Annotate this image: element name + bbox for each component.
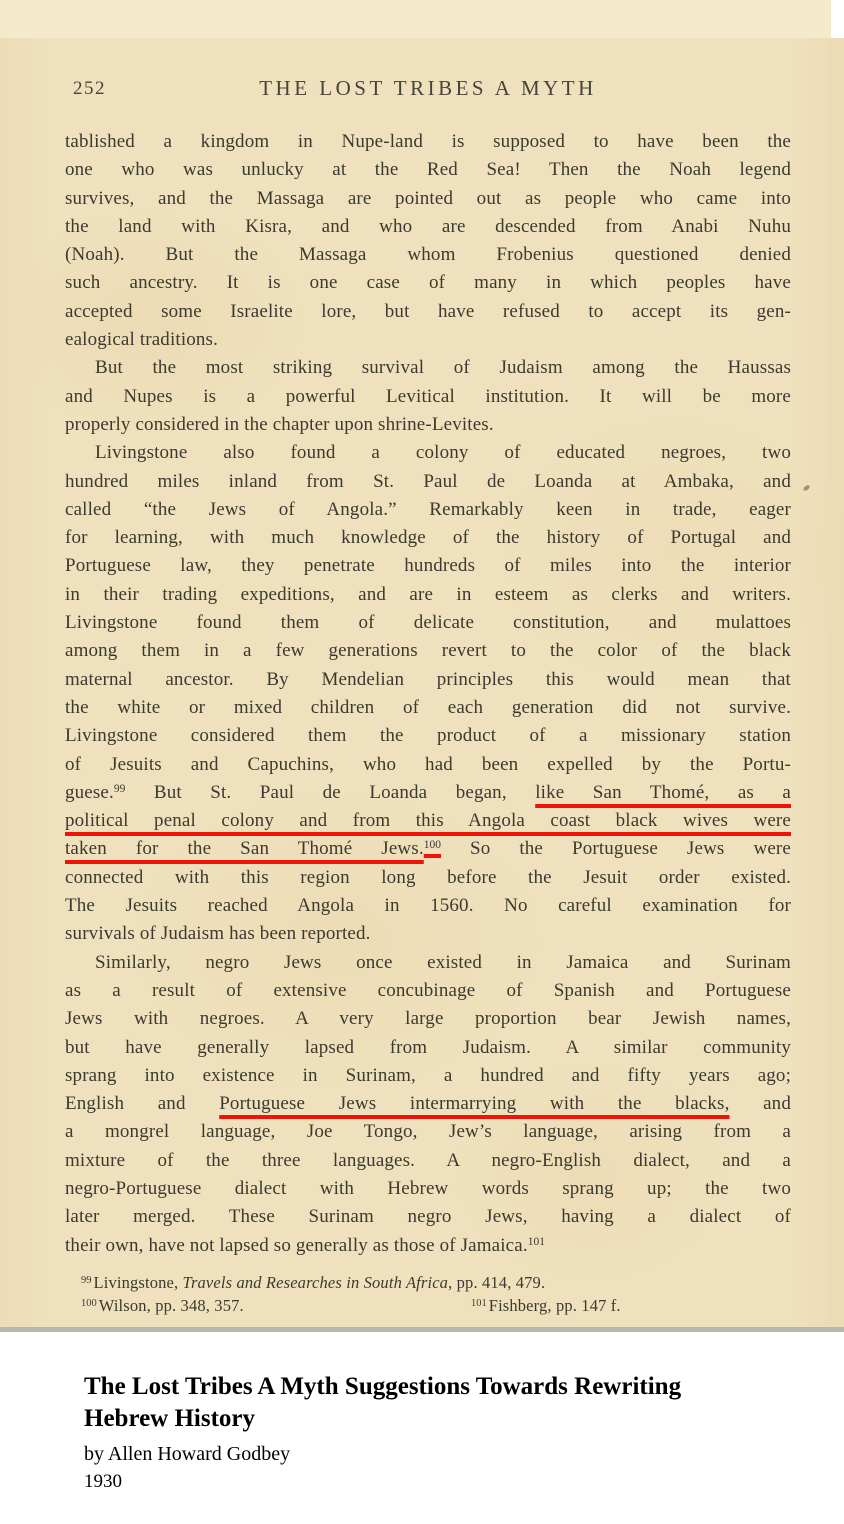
red-underlined-text: Portuguese Jews intermarrying with the b…: [219, 1093, 729, 1114]
text-segment: accepted some Israelite lore, but have r…: [65, 301, 791, 322]
paragraph-3-line-5: Portuguese law, they penetrate hundreds …: [65, 552, 791, 580]
paragraph-4-line-3: Jews with negroes. A very large proporti…: [65, 1005, 791, 1033]
page-header: 252 THE LOST TRIBES A MYTH: [65, 76, 791, 101]
paragraph-1-line-8: ealogical traditions.: [65, 326, 791, 354]
paragraph-4-line-11: their own, have not lapsed so generally …: [65, 1232, 791, 1260]
footnote-text: Wilson, pp. 348, 357.: [99, 1296, 244, 1315]
paragraph-4-line-6: English and Portuguese Jews intermarryin…: [65, 1090, 791, 1118]
text-segment: properly considered in the chapter upon …: [65, 414, 494, 435]
text-segment: sprang into existence in Surinam, a hund…: [65, 1065, 791, 1086]
text-segment: The Jesuits reached Angola in 1560. No c…: [65, 895, 791, 916]
paragraph-1-line-6: such ancestry. It is one case of many in…: [65, 269, 791, 297]
text-segment: later merged. These Surinam negro Jews, …: [65, 1206, 791, 1227]
footnotes: 99Livingstone, Travels and Researches in…: [81, 1271, 791, 1317]
paragraph-2-line-1: But the most striking survival of Judais…: [65, 354, 791, 382]
paragraph-3-line-16: connected with this region long before t…: [65, 864, 791, 892]
paragraph-3-line-9: maternal ancestor. By Mendelian principl…: [65, 666, 791, 694]
scan-speck: [802, 484, 810, 491]
paragraph-3-line-15: taken for the San Thomé Jews.100 So the …: [65, 835, 791, 863]
paragraph-4-line-8: mixture of the three languages. A negro-…: [65, 1147, 791, 1175]
text-segment: their own, have not lapsed so generally …: [65, 1235, 528, 1256]
text-segment: tablished a kingdom in Nupe-land is supp…: [65, 131, 791, 152]
text-segment: and: [730, 1093, 792, 1114]
text-segment: (Noah). But the Massaga whom Frobenius q…: [65, 244, 791, 265]
paragraph-4-line-7: a mongrel language, Joe Tongo, Jew’s lan…: [65, 1118, 791, 1146]
paragraph-1-line-2: one who was unlucky at the Red Sea! Then…: [65, 156, 791, 184]
footnote-marker: 101: [471, 1298, 487, 1309]
footnote-text: Fishberg, pp. 147 f.: [489, 1296, 621, 1315]
book-year: 1930: [84, 1470, 764, 1493]
paragraph-1-line-1: tablished a kingdom in Nupe-land is supp…: [65, 128, 791, 156]
footnote-101: 101Fishberg, pp. 147 f.: [471, 1294, 621, 1317]
text-segment: of Jesuits and Capuchins, who had been e…: [65, 754, 791, 775]
paragraph-3-line-6: in their trading expeditions, and are in…: [65, 581, 791, 609]
paragraph-3-line-4: for learning, with much knowledge of the…: [65, 524, 791, 552]
red-underlined-text: like San Thomé, as a: [535, 782, 791, 803]
paragraph-1-line-7: accepted some Israelite lore, but have r…: [65, 298, 791, 326]
text-segment: as a result of extensive concubinage of …: [65, 980, 791, 1001]
running-title: THE LOST TRIBES A MYTH: [65, 76, 791, 101]
paragraph-1-line-3: survives, and the Massaga are pointed ou…: [65, 185, 791, 213]
paragraph-1-line-4: the land with Kisra, and who are descend…: [65, 213, 791, 241]
paragraph-3-line-8: among them in a few generations revert t…: [65, 637, 791, 665]
text-segment: hundred miles inland from St. Paul de Lo…: [65, 471, 791, 492]
text-segment: connected with this region long before t…: [65, 867, 791, 888]
paragraph-4-line-2: as a result of extensive concubinage of …: [65, 977, 791, 1005]
text-segment: the land with Kisra, and who are descend…: [65, 216, 791, 237]
text-segment: English and: [65, 1093, 219, 1114]
paragraph-3-line-2: hundred miles inland from St. Paul de Lo…: [65, 468, 791, 496]
caption: The Lost Tribes A Myth Suggestions Towar…: [84, 1371, 764, 1493]
footnote-text: , pp. 414, 479.: [448, 1273, 545, 1292]
paragraph-3-line-1: Livingstone also found a colony of educa…: [65, 439, 791, 467]
scan-outer-strip: [0, 0, 831, 38]
paragraph-3-line-3: called “the Jews of Angola.” Remarkably …: [65, 496, 791, 524]
footnote-text: Livingstone,: [94, 1273, 183, 1292]
paragraph-3-line-10: the white or mixed children of each gene…: [65, 694, 791, 722]
paragraph-4-line-5: sprang into existence in Surinam, a hund…: [65, 1062, 791, 1090]
paragraph-4-line-9: negro-Portuguese dialect with Hebrew wor…: [65, 1175, 791, 1203]
paragraph-3-line-13: guese.99 But St. Paul de Loanda began, l…: [65, 779, 791, 807]
text-segment: But St. Paul de Loanda began,: [125, 782, 535, 803]
text-segment: But the most striking survival of Judais…: [95, 357, 791, 378]
paragraph-3-line-14: political penal colony and from this Ang…: [65, 807, 791, 835]
text-segment: but have generally lapsed from Judaism. …: [65, 1037, 791, 1058]
paragraph-3-line-11: Livingstone considered them the product …: [65, 722, 791, 750]
text-segment: survivals of Judaism has been reported.: [65, 923, 371, 944]
book-scan: 252 THE LOST TRIBES A MYTH tablished a k…: [0, 0, 844, 1337]
paragraph-4-line-10: later merged. These Surinam negro Jews, …: [65, 1203, 791, 1231]
text-segment: for learning, with much knowledge of the…: [65, 527, 791, 548]
page-body: tablished a kingdom in Nupe-land is supp…: [65, 128, 791, 1317]
paragraph-2-line-2: and Nupes is a powerful Levitical instit…: [65, 383, 791, 411]
footnote-row-2: 100Wilson, pp. 348, 357. 101Fishberg, pp…: [81, 1294, 791, 1317]
paragraph-3-line-17: The Jesuits reached Angola in 1560. No c…: [65, 892, 791, 920]
paragraph-4-line-4: but have generally lapsed from Judaism. …: [65, 1034, 791, 1062]
text-segment: the white or mixed children of each gene…: [65, 697, 791, 718]
page-number: 252: [73, 78, 106, 100]
text-segment: and Nupes is a powerful Levitical instit…: [65, 386, 791, 407]
paragraph-3-line-18: survivals of Judaism has been reported.: [65, 920, 791, 948]
text-segment: Livingstone also found a colony of educa…: [95, 442, 791, 463]
footnote-book-title: Travels and Researches in South Africa: [183, 1273, 449, 1292]
text-segment: Jews with negroes. A very large proporti…: [65, 1008, 791, 1029]
footnote-marker: 99: [81, 1275, 92, 1286]
text-segment: So the Portuguese Jews were: [441, 838, 791, 859]
text-segment: negro-Portuguese dialect with Hebrew wor…: [65, 1178, 791, 1199]
footnote-99: 99Livingstone, Travels and Researches in…: [81, 1271, 791, 1294]
text-segment: Livingstone found them of delicate const…: [65, 612, 791, 633]
text-segment: Similarly, negro Jews once existed in Ja…: [95, 952, 791, 973]
text-segment: among them in a few generations revert t…: [65, 640, 791, 661]
footnote-100: 100Wilson, pp. 348, 357.: [81, 1296, 244, 1315]
text-segment: called “the Jews of Angola.” Remarkably …: [65, 499, 791, 520]
text-segment: guese.: [65, 782, 114, 803]
text-segment: maternal ancestor. By Mendelian principl…: [65, 669, 791, 690]
footnote-marker: 101: [528, 1236, 545, 1248]
text-segment: ealogical traditions.: [65, 329, 218, 350]
book-title: The Lost Tribes A Myth Suggestions Towar…: [84, 1371, 764, 1435]
text-segment: such ancestry. It is one case of many in…: [65, 272, 791, 293]
paragraph-2-line-3: properly considered in the chapter upon …: [65, 411, 791, 439]
text-segment: Livingstone considered them the product …: [65, 725, 791, 746]
red-underlined-text: political penal colony and from this Ang…: [65, 810, 791, 831]
footnote-marker: 100: [81, 1298, 97, 1309]
text-segment: one who was unlucky at the Red Sea! Then…: [65, 159, 791, 180]
book-author: by Allen Howard Godbey: [84, 1442, 764, 1466]
red-underlined-text: 100: [424, 839, 441, 851]
paragraph-3-line-7: Livingstone found them of delicate const…: [65, 609, 791, 637]
paragraph-1-line-5: (Noah). But the Massaga whom Frobenius q…: [65, 241, 791, 269]
text-segment: a mongrel language, Joe Tongo, Jew’s lan…: [65, 1121, 791, 1142]
text-segment: mixture of the three languages. A negro-…: [65, 1150, 791, 1171]
paragraph-4-line-1: Similarly, negro Jews once existed in Ja…: [65, 949, 791, 977]
footnote-marker: 99: [114, 783, 126, 795]
red-underlined-text: taken for the San Thomé Jews.: [65, 838, 424, 859]
text-segment: Portuguese law, they penetrate hundreds …: [65, 555, 791, 576]
text-segment: survives, and the Massaga are pointed ou…: [65, 188, 791, 209]
paragraph-3-line-12: of Jesuits and Capuchins, who had been e…: [65, 751, 791, 779]
text-segment: in their trading expeditions, and are in…: [65, 584, 791, 605]
